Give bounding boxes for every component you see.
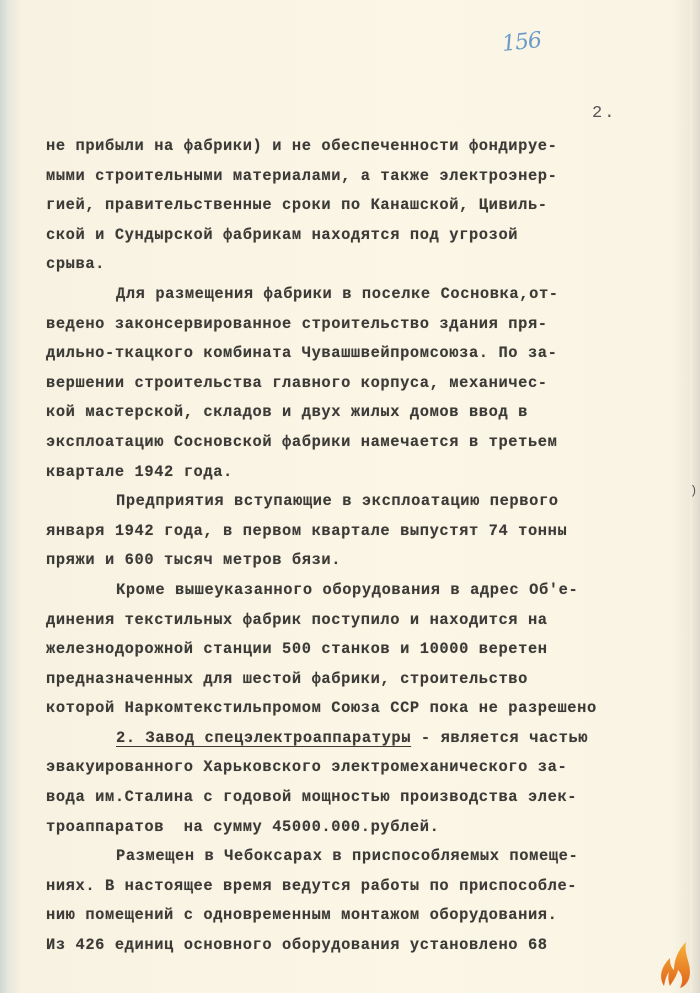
text-line: не прибыли на фабрики) и не обеспеченнос…	[46, 132, 666, 162]
page-number: 2.	[592, 104, 616, 123]
text-line: вода им.Сталина с годовой мощностью прои…	[46, 783, 666, 813]
section-heading-line: 2. Завод спецэлектроаппаратуры - являетс…	[46, 724, 666, 754]
text-line: срыва.	[46, 250, 666, 280]
text-lines-after: эвакуированного Харьковского электромеха…	[46, 753, 666, 960]
text-line: эвакуированного Харьковского электромеха…	[46, 753, 666, 783]
text-line: Предприятия вступающие в эксплоатацию пе…	[46, 487, 666, 517]
text-line: января 1942 года, в первом квартале выпу…	[46, 517, 666, 547]
text-line: Для размещения фабрики в поселке Сосновк…	[46, 280, 666, 310]
text-line: мыми строительными материалами, а также …	[46, 162, 666, 192]
text-line: Из 426 единиц основного оборудования уст…	[46, 931, 666, 961]
text-line: Кроме вышеуказанного оборудования в адре…	[46, 576, 666, 606]
text-line: ведено законсервированное строительство …	[46, 310, 666, 340]
text-line: гией, правительственные сроки по Канашск…	[46, 191, 666, 221]
text-lines-before: не прибыли на фабрики) и не обеспеченнос…	[46, 132, 666, 724]
text-line: кой мастерской, складов и двух жилых дом…	[46, 398, 666, 428]
text-line: пряжи и 600 тысяч метров бязи.	[46, 546, 666, 576]
text-line: троаппаратов на сумму 45000.000.рублей.	[46, 813, 666, 843]
text-line: динения текстильных фабрик поступило и н…	[46, 606, 666, 636]
text-line: нию помещений с одновременным монтажом о…	[46, 901, 666, 931]
archive-folio-number: 156	[501, 28, 542, 57]
section-heading-rest: - является частью	[411, 729, 588, 747]
section-heading: 2. Завод спецэлектроаппаратуры	[116, 729, 411, 747]
text-line: ской и Сундырской фабрикам находятся под…	[46, 221, 666, 251]
text-line: вершении строительства главного корпуса,…	[46, 369, 666, 399]
text-line: которой Наркомтекстильпромом Союза ССР п…	[46, 694, 666, 724]
typewritten-text: не прибыли на фабрики) и не обеспеченнос…	[46, 132, 666, 961]
margin-mark: )	[690, 484, 697, 498]
document-page: 156 2. ) не прибыли на фабрики) и не обе…	[0, 0, 700, 993]
text-line: квартале 1942 года.	[46, 458, 666, 488]
text-line: ниях. В настоящее время ведутся работы п…	[46, 872, 666, 902]
flame-logo-icon	[656, 940, 696, 990]
text-line: предназначенных для шестой фабрики, стро…	[46, 665, 666, 695]
text-line: эксплоатацию Сосновской фабрики намечает…	[46, 428, 666, 458]
text-line: Размещен в Чебоксарах в приспособляемых …	[46, 842, 666, 872]
text-line: железнодорожной станции 500 станков и 10…	[46, 635, 666, 665]
text-line: дильно-ткацкого комбината Чувашшвейпромс…	[46, 339, 666, 369]
